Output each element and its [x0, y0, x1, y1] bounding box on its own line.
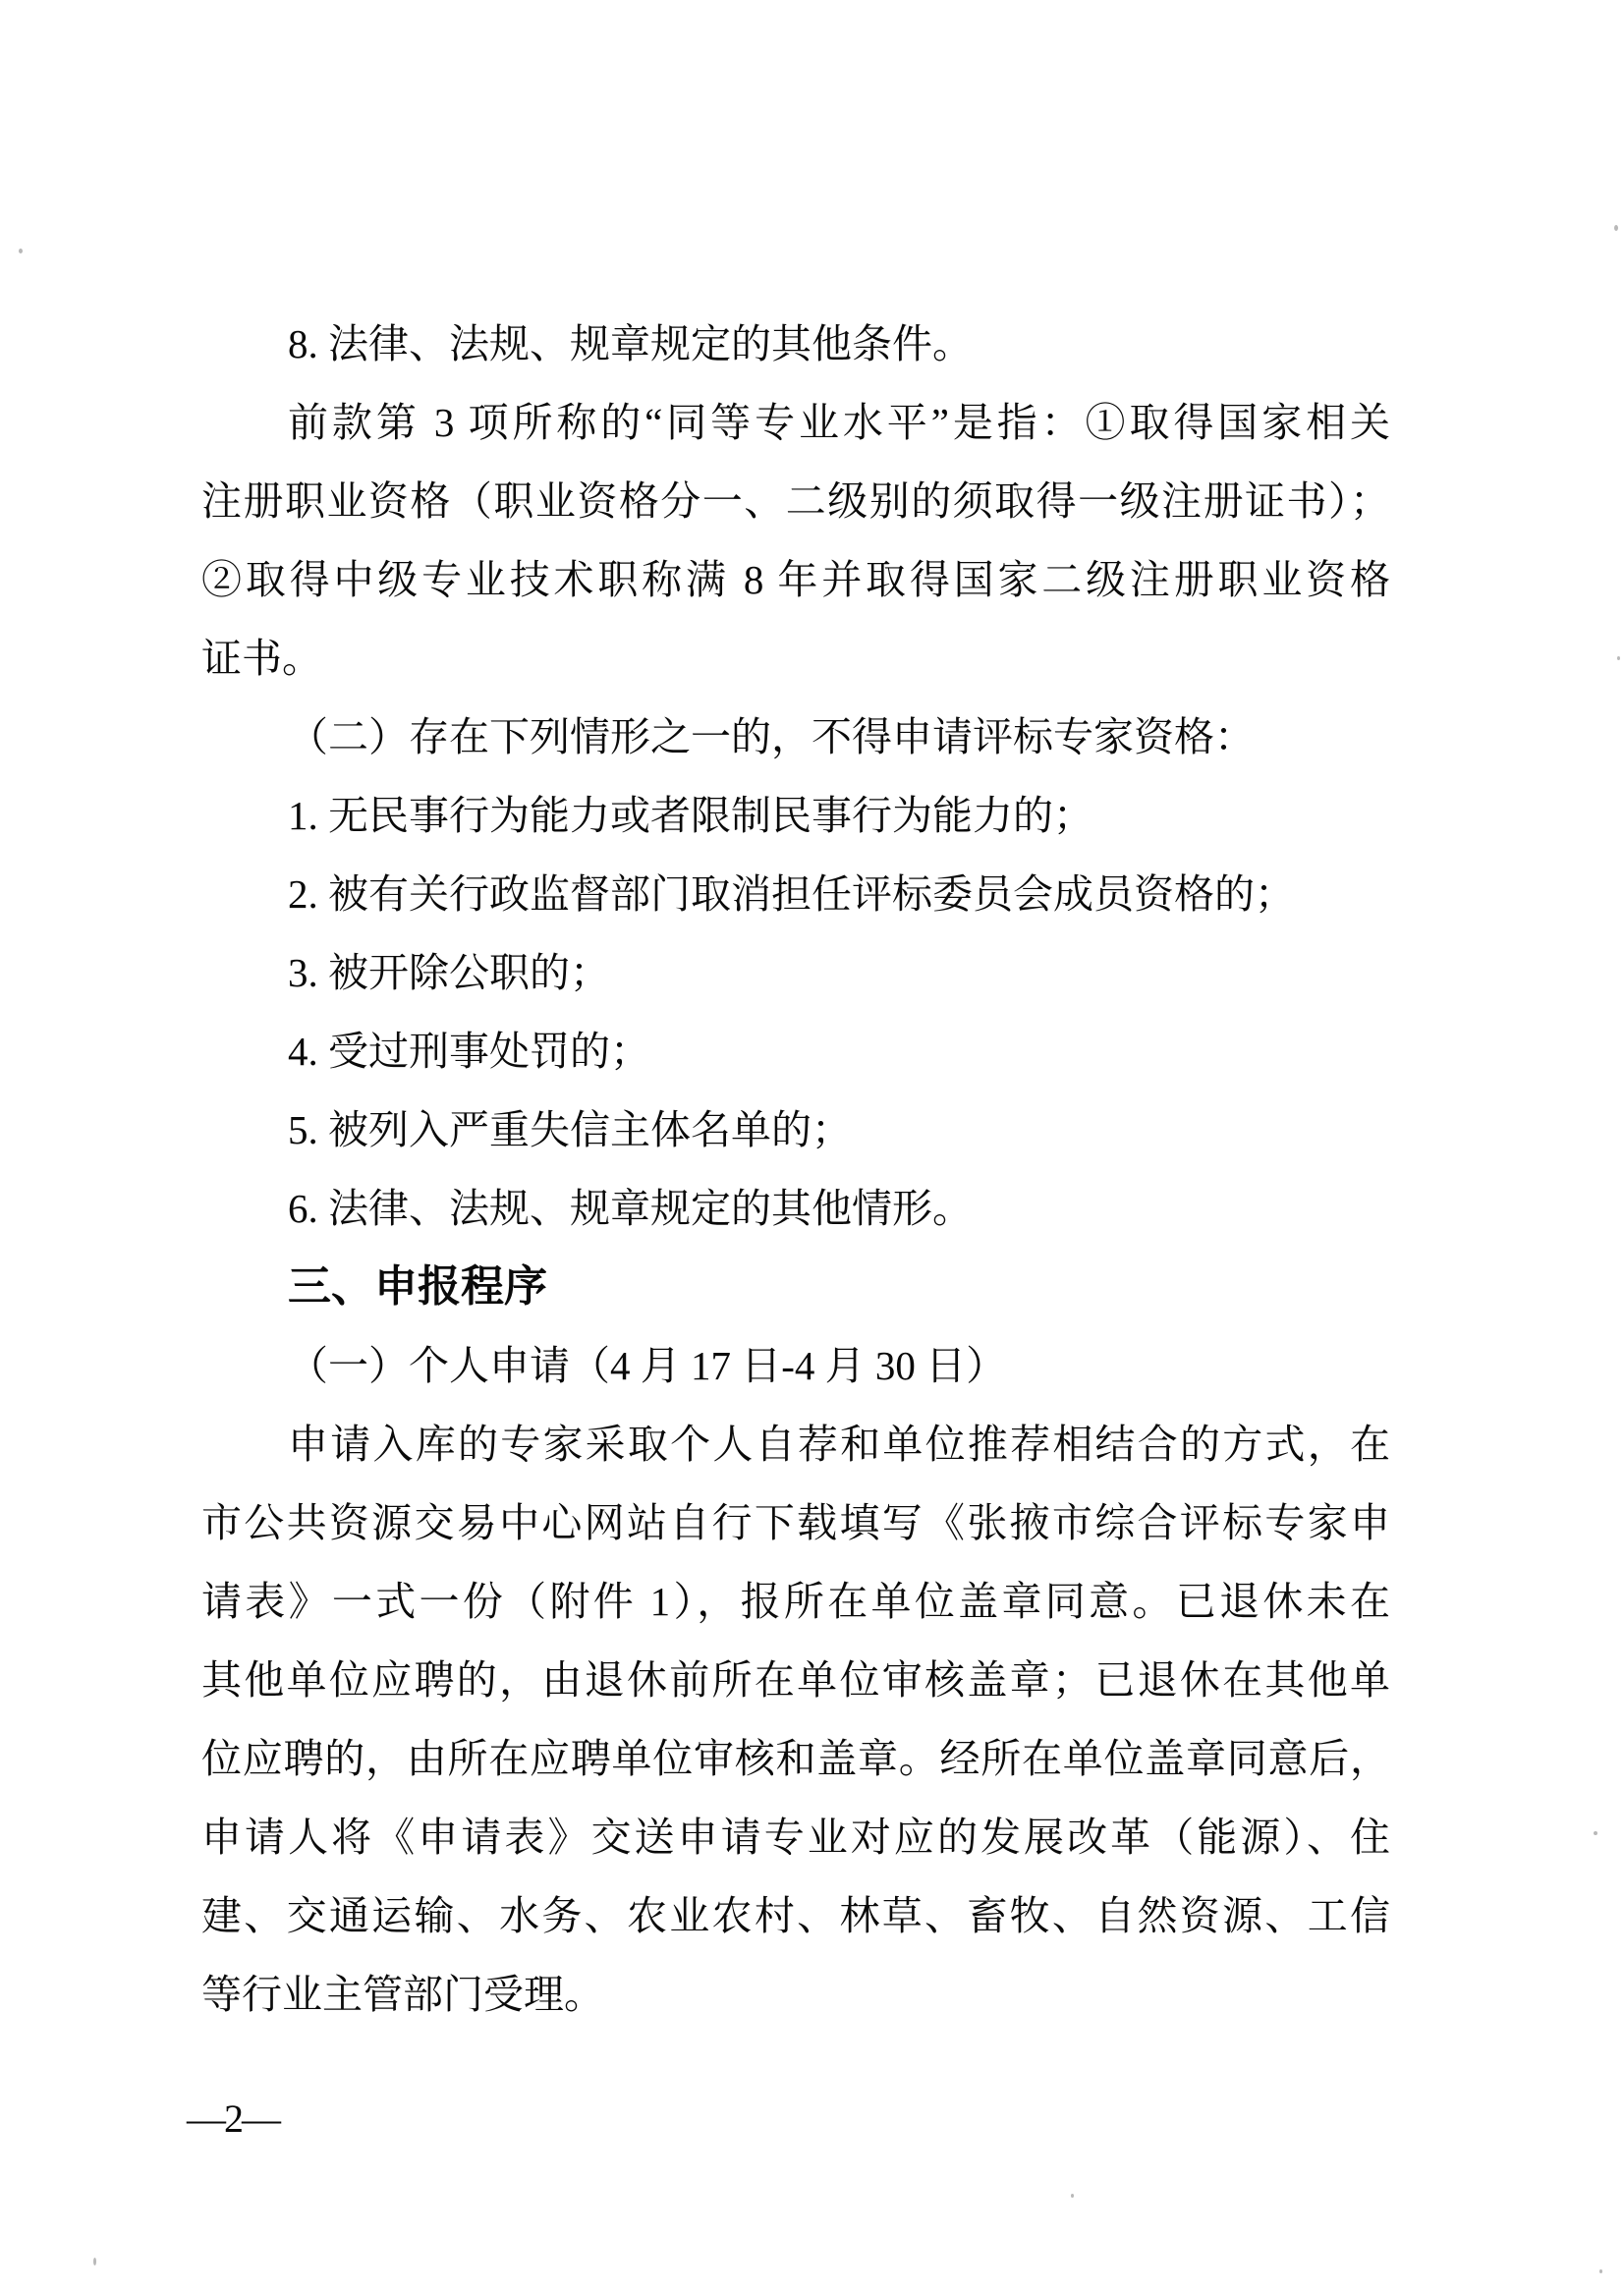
doc-line-apply-para-3: 请表》一式一份（附件 1），报所在单位盖章同意。已退休未在	[201, 1562, 1390, 1641]
doc-line-apply-para-5: 位应聘的，由所在应聘单位审核和盖章。经所在单位盖章同意后，	[201, 1719, 1390, 1798]
section-heading-3: 三、申报程序	[201, 1248, 1390, 1326]
doc-line-item-1: 1. 无民事行为能力或者限制民事行为能力的；	[201, 776, 1390, 855]
scan-speck	[1594, 1831, 1597, 1835]
scan-speck	[19, 249, 23, 253]
doc-line-apply-para-7: 建、交通运输、水务、农业农村、林草、畜牧、自然资源、工信	[201, 1876, 1390, 1955]
scan-speck	[93, 2258, 96, 2265]
page-number: —2—	[187, 2085, 279, 2153]
scan-speck	[1071, 2194, 1074, 2198]
doc-line-apply-para-6: 申请人将《申请表》交送申请专业对应的发展改革（能源）、住	[201, 1798, 1390, 1876]
doc-line-para-equivalent-4: 证书。	[201, 619, 1390, 698]
doc-line-item-4: 4. 受过刑事处罚的；	[201, 1012, 1390, 1090]
document-body: 8. 法律、法规、规章规定的其他条件。 前款第 3 项所称的“同等专业水平”是指…	[201, 305, 1390, 2034]
doc-line-para-equivalent-2: 注册职业资格（职业资格分一、二级别的须取得一级注册证书）；	[201, 462, 1390, 540]
scan-speck	[1614, 225, 1618, 231]
doc-line-subsection-2: （二）存在下列情形之一的，不得申请评标专家资格：	[201, 698, 1390, 776]
doc-line-apply-para-8: 等行业主管部门受理。	[201, 1955, 1390, 2034]
doc-line-item-5: 5. 被列入严重失信主体名单的；	[201, 1090, 1390, 1169]
doc-line-apply-para-4: 其他单位应聘的，由退休前所在单位审核盖章；已退休在其他单	[201, 1641, 1390, 1719]
doc-line-item-8: 8. 法律、法规、规章规定的其他条件。	[201, 305, 1390, 383]
doc-line-apply-para-2: 市公共资源交易中心网站自行下载填写《张掖市综合评标专家申	[201, 1483, 1390, 1562]
document-page: 8. 法律、法规、规章规定的其他条件。 前款第 3 项所称的“同等专业水平”是指…	[0, 0, 1624, 2292]
doc-line-item-6: 6. 法律、法规、规章规定的其他情形。	[201, 1169, 1390, 1248]
doc-line-item-3: 3. 被开除公职的；	[201, 933, 1390, 1012]
doc-line-subsection-1: （一）个人申请（4 月 17 日-4 月 30 日）	[201, 1326, 1390, 1405]
scan-speck	[1617, 656, 1620, 660]
scan-speck	[1599, 2269, 1602, 2273]
doc-line-para-equivalent-3: ②取得中级专业技术职称满 8 年并取得国家二级注册职业资格	[201, 540, 1390, 619]
doc-line-para-equivalent-1: 前款第 3 项所称的“同等专业水平”是指：①取得国家相关	[201, 383, 1390, 462]
doc-line-item-2: 2. 被有关行政监督部门取消担任评标委员会成员资格的；	[201, 855, 1390, 933]
doc-line-apply-para-1: 申请入库的专家采取个人自荐和单位推荐相结合的方式，在	[201, 1405, 1390, 1483]
